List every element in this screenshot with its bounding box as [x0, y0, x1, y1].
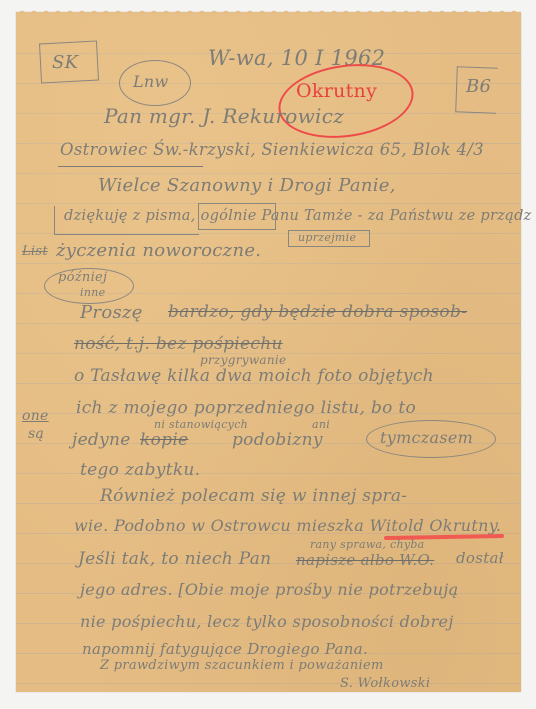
margin-list: List	[22, 244, 48, 259]
line7-oval-text: tymczasem	[380, 428, 473, 447]
line7-struck: kopie	[140, 430, 188, 450]
closing: Z prawdziwym szacunkiem i poważaniem	[100, 658, 384, 673]
red-okrutny: Okrutny	[296, 80, 377, 102]
margin-one: one	[22, 408, 49, 424]
sk-label: SK	[52, 52, 78, 73]
line13-text: nie pośpiechu, lecz tylko sposobności do…	[80, 612, 454, 631]
line6-text: ich z mojego poprzedniego listu, bo to	[76, 398, 416, 418]
margin-sa: są	[28, 426, 44, 442]
signature: S. Wołkowski	[340, 676, 430, 691]
line11-end: dostał	[456, 549, 504, 567]
line11-above: rany sprawa, chyba	[310, 538, 425, 551]
margin-oval-text: później	[58, 270, 107, 285]
line14-text: napomnij fatygujące Drogiego Pana.	[82, 640, 368, 658]
recipient-line: Pan mgr. J. Rekurowicz	[104, 104, 344, 128]
uprzejmie-insert: uprzejmie	[298, 231, 356, 244]
line10-text: wie. Podobno w Ostrowcu mieszka Witold O…	[74, 516, 501, 535]
line3-start: Proszę	[80, 302, 143, 323]
line3-struck: bardzo, gdy będzie dobra sposob-	[168, 302, 467, 322]
line4-struck: ność, t.j. bez pośpiechu	[74, 334, 283, 354]
line2-text: życzenia noworoczne.	[56, 240, 261, 261]
line12-text: jego adres. [Obie moje prośby nie potrze…	[80, 580, 458, 599]
line11-text: Jeśli tak, to niech Pan	[78, 549, 271, 569]
b6-label: B6	[466, 76, 491, 97]
line1-text: dziękuję z pisma, ogólnie Panu Tamże - z…	[64, 208, 532, 224]
margin-oval-sub: inne	[80, 286, 105, 299]
line7-rest: podobizny	[232, 430, 323, 450]
address-underline	[58, 166, 203, 167]
line9-text: Również polecam się w innej spra-	[100, 486, 407, 506]
line1-boxed	[198, 203, 276, 230]
line5-above: przygrywanie	[200, 353, 286, 367]
address-line: Ostrowiec Św.-krzyski, Sienkiewicza 65, …	[60, 140, 484, 159]
line5-text: o Tasławę kilka dwa moich foto objętych	[74, 366, 434, 386]
greeting: Wielce Szanowny i Drogi Panie,	[98, 175, 396, 196]
line8-text: tego zabytku.	[80, 460, 200, 480]
line7-start: jedyne	[72, 430, 131, 450]
line11-struck: napisze albo W.O.	[296, 551, 434, 569]
lnw-label: Lnw	[133, 72, 169, 91]
